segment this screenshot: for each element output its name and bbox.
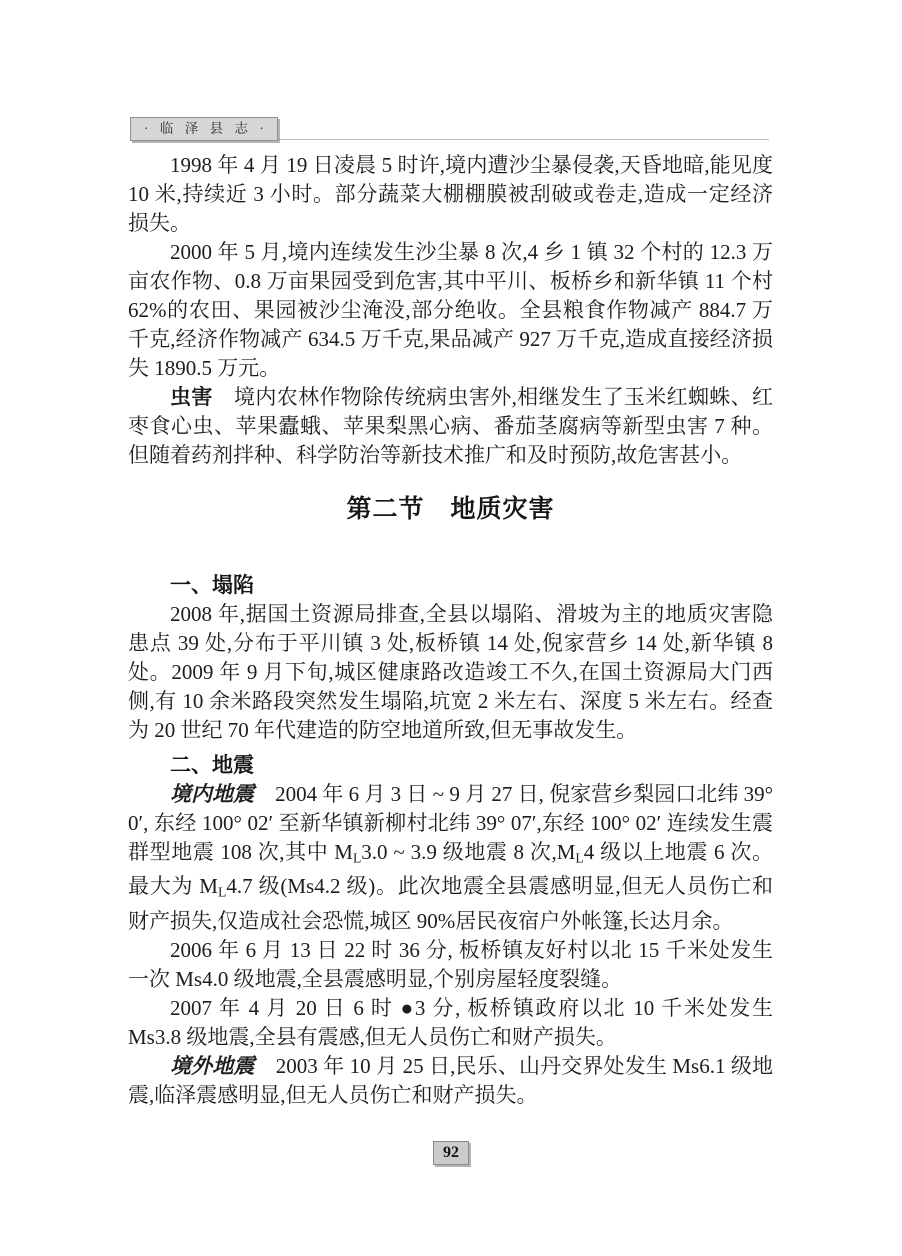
text-run: 境内农林作物除传统病虫害外,相继发生了玉米红蜘蛛、红枣食心虫、苹果蠹蛾、苹果梨黑… bbox=[128, 385, 773, 467]
text-run: 2000 年 5 月,境内连续发生沙尘暴 8 次,4 乡 1 镇 32 个村的 … bbox=[128, 240, 773, 380]
section-heading: 第二节 地质灾害 bbox=[128, 492, 773, 526]
paragraph-lead: 虫害 bbox=[170, 386, 213, 409]
paragraph: 2006 年 6 月 13 日 22 时 36 分, 板桥镇友好村以北 15 千… bbox=[128, 936, 773, 994]
text-run: 3.0 ~ 3.9 级地震 8 次,M bbox=[361, 840, 575, 864]
paragraph-lead: 境外地震 bbox=[170, 1054, 255, 1078]
text-run: 第二节 地质灾害 bbox=[346, 495, 554, 523]
paragraph: 1998 年 4 月 19 日凌晨 5 时许,境内遭沙尘暴侵袭,天昏地暗,能见度… bbox=[128, 151, 773, 238]
book-page: · 临 泽 县 志 · 1998 年 4 月 19 日凌晨 5 时许,境内遭沙尘… bbox=[0, 0, 902, 1256]
paragraph: 虫害 境内农林作物除传统病虫害外,相继发生了玉米红蜘蛛、红枣食心虫、苹果蠹蛾、苹… bbox=[128, 383, 773, 470]
subscript: L bbox=[575, 850, 583, 865]
text-run: 二、地震 bbox=[170, 754, 254, 777]
running-head: · 临 泽 县 志 · bbox=[130, 117, 774, 143]
document-body: 1998 年 4 月 19 日凌晨 5 时许,境内遭沙尘暴侵袭,天昏地暗,能见度… bbox=[128, 151, 773, 1110]
text-run: 一、塌陷 bbox=[170, 574, 254, 597]
text-run: 4.7 级(Ms4.2 级)。此次地震全县震感明显,但无人员伤亡和财产损失,仅造… bbox=[128, 874, 773, 932]
book-title: · 临 泽 县 志 · bbox=[144, 121, 268, 136]
text-run: 1998 年 4 月 19 日凌晨 5 时许,境内遭沙尘暴侵袭,天昏地暗,能见度… bbox=[128, 153, 773, 235]
page-number: 92 bbox=[443, 1144, 459, 1161]
text-run: 2007 年 4 月 20 日 6 时 ●3 分, 板桥镇政府以北 10 千米处… bbox=[128, 996, 773, 1049]
text-run: 2008 年,据国土资源局排查,全县以塌陷、滑坡为主的地质灾害隐患点 39 处,… bbox=[128, 602, 773, 742]
subsection-heading: 二、地震 bbox=[128, 751, 773, 780]
paragraph-lead: 境内地震 bbox=[170, 782, 254, 806]
running-head-title-box: · 临 泽 县 志 · bbox=[130, 117, 278, 141]
paragraph: 2007 年 4 月 20 日 6 时 ●3 分, 板桥镇政府以北 10 千米处… bbox=[128, 994, 773, 1052]
text-run: 2006 年 6 月 13 日 22 时 36 分, 板桥镇友好村以北 15 千… bbox=[128, 938, 773, 991]
paragraph: 2008 年,据国土资源局排查,全县以塌陷、滑坡为主的地质灾害隐患点 39 处,… bbox=[128, 600, 773, 745]
subsection-heading: 一、塌陷 bbox=[128, 571, 773, 600]
paragraph: 境外地震 2003 年 10 月 25 日,民乐、山丹交界处发生 Ms6.1 级… bbox=[128, 1052, 773, 1110]
paragraph: 境内地震 2004 年 6 月 3 日 ~ 9 月 27 日, 倪家营乡梨园口北… bbox=[128, 780, 773, 936]
page-number-box: 92 bbox=[433, 1141, 469, 1165]
paragraph: 2000 年 5 月,境内连续发生沙尘暴 8 次,4 乡 1 镇 32 个村的 … bbox=[128, 238, 773, 383]
